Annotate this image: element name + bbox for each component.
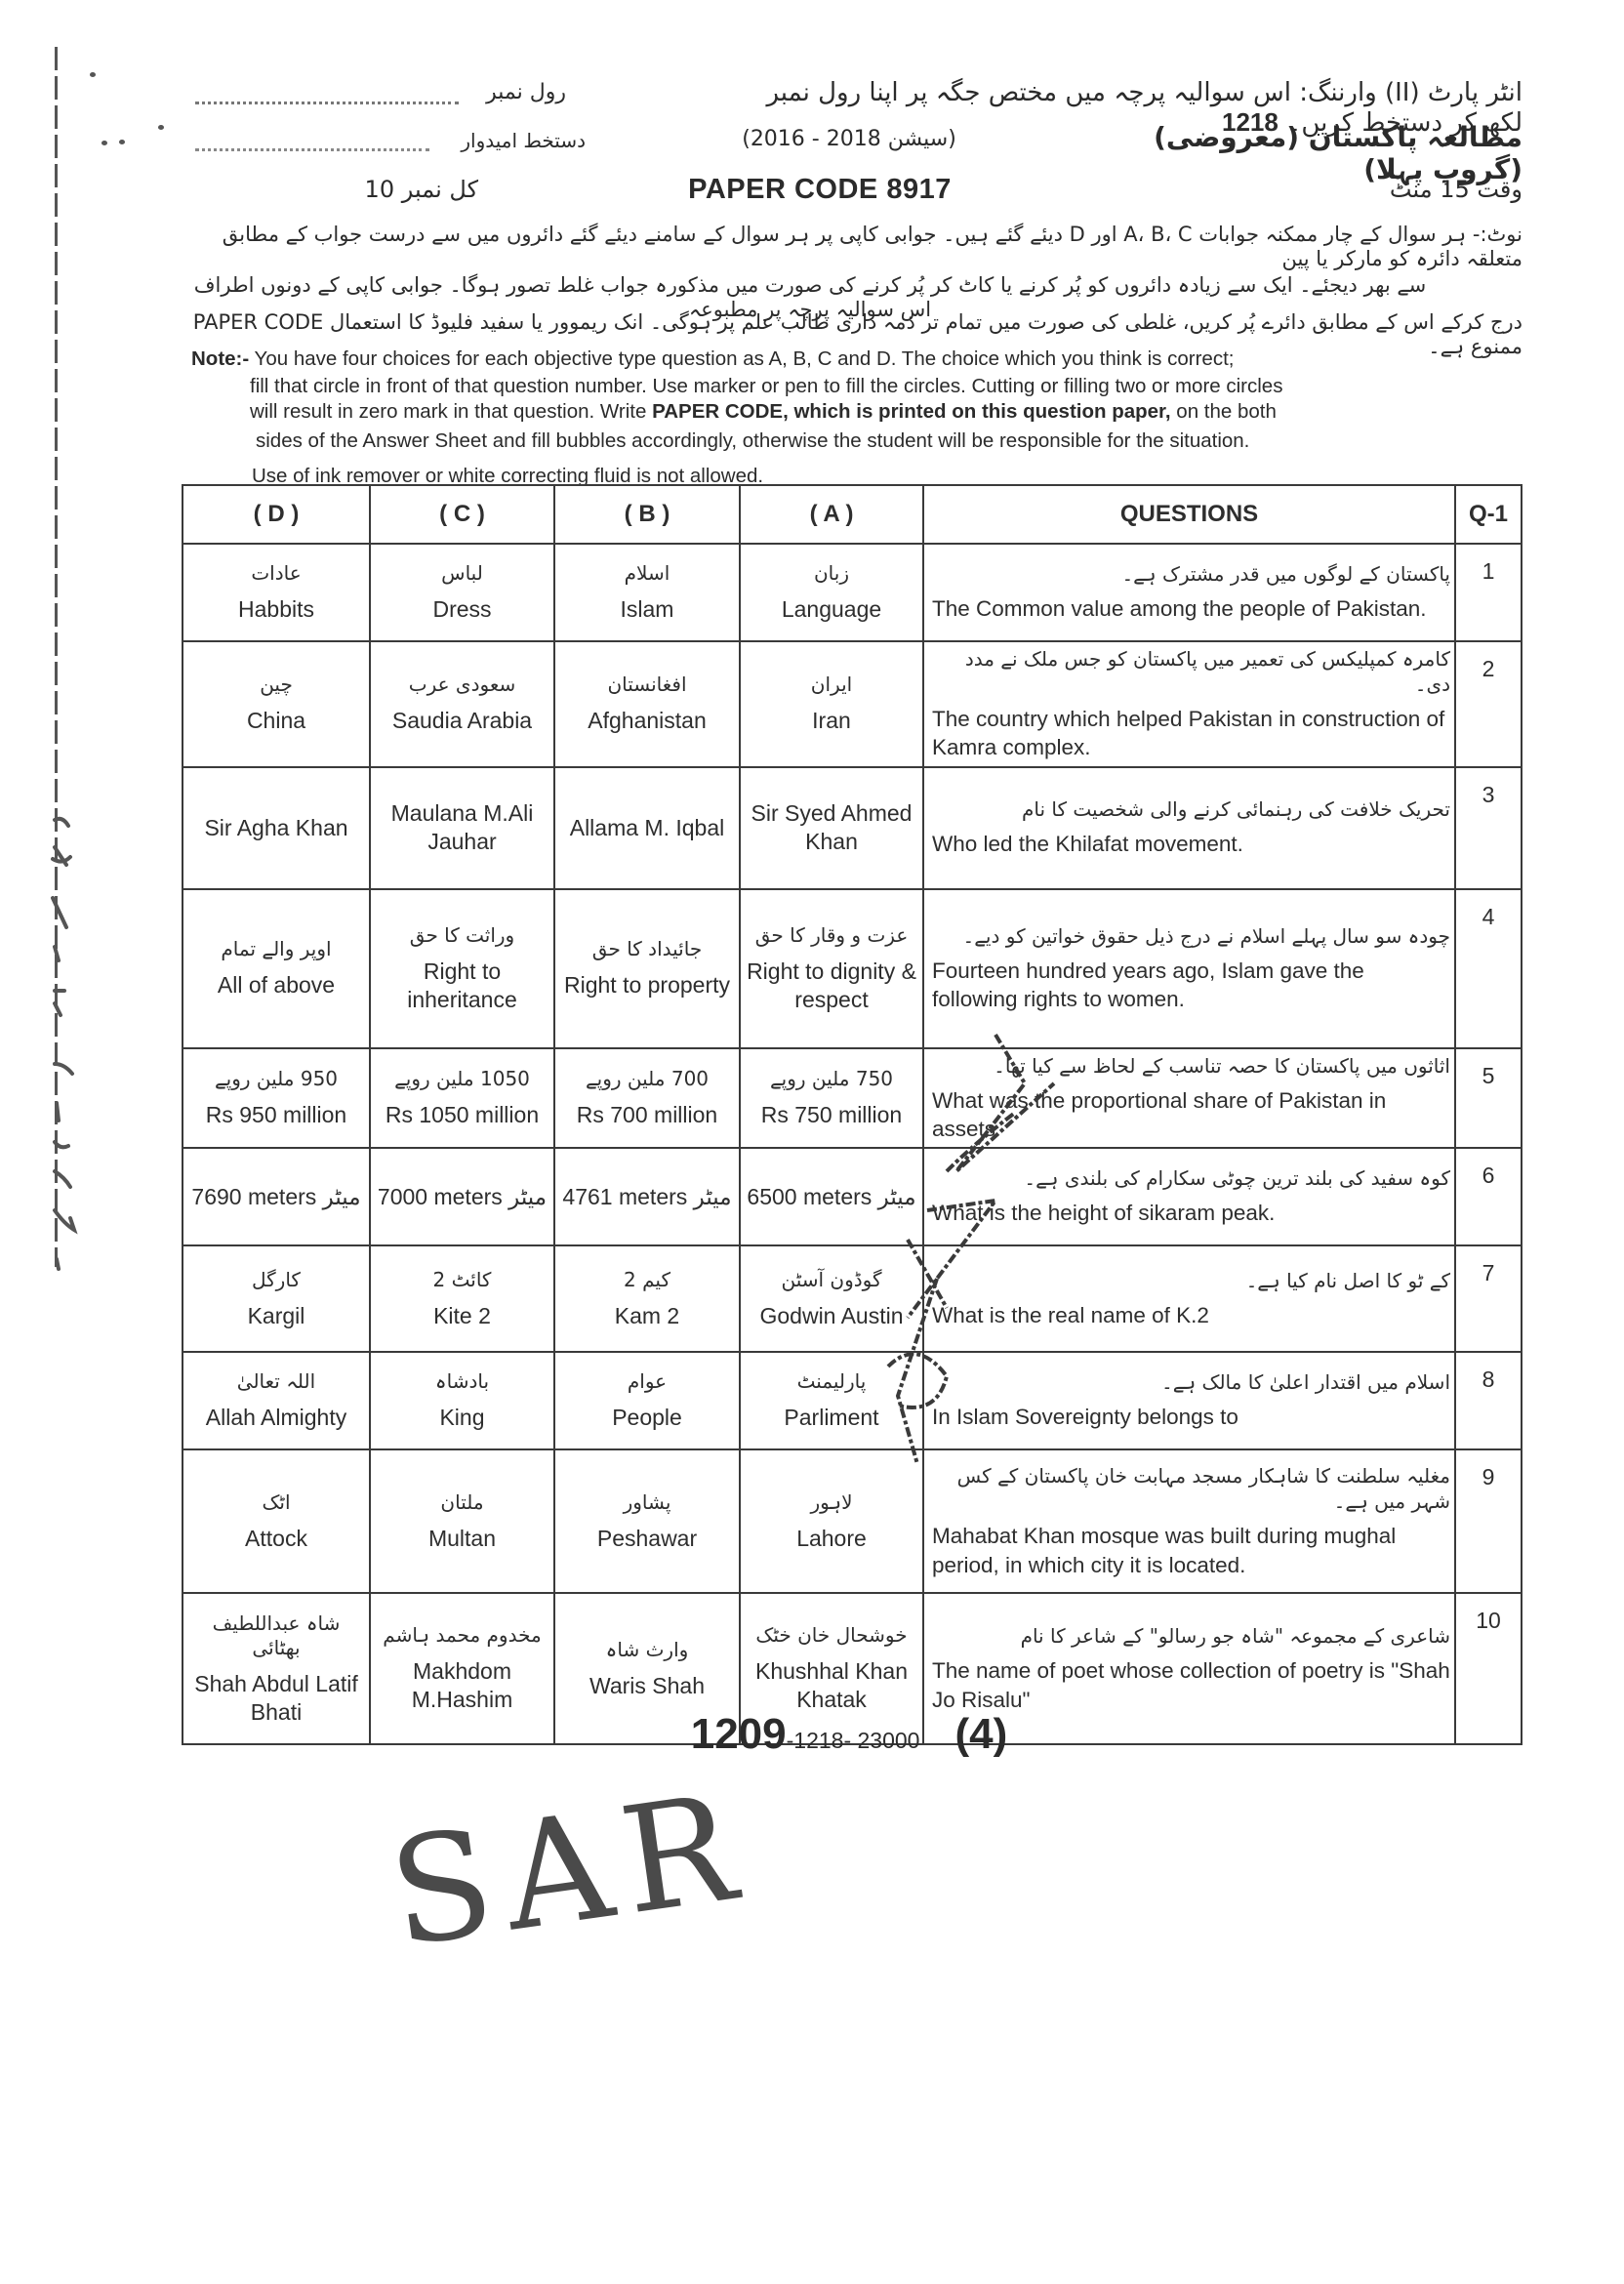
question-cell: تحریک خلافت کی رہنمائی کرنے والی شخصیت ک… xyxy=(923,767,1455,889)
question-cell: پاکستان کے لوگوں میں قدر مشترک ہے۔The Co… xyxy=(923,544,1455,641)
option-c-cell: مخدوم محمد ہاشمMakhdom M.Hashim xyxy=(370,1593,554,1744)
option-d-cell: اوپر والے تمامAll of above xyxy=(183,889,370,1048)
option-b-cell: پشاورPeshawar xyxy=(554,1449,740,1593)
instruction-text: You have four choices for each objective… xyxy=(255,347,1235,370)
option-english: Allah Almighty xyxy=(187,1404,365,1432)
option-urdu: 700 ملین روپے xyxy=(559,1067,735,1091)
question-number: 6 xyxy=(1455,1148,1522,1245)
option-urdu: وارث شاہ xyxy=(559,1638,735,1662)
option-english: Maulana M.Ali Jauhar xyxy=(375,799,549,856)
option-urdu: جائیداد کا حق xyxy=(559,937,735,961)
option-urdu: کارگل xyxy=(187,1268,365,1292)
option-c-cell: بادشاہKing xyxy=(370,1352,554,1449)
question-row: عاداتHabbitsلباسDressاسلامIslamزبانLangu… xyxy=(183,544,1522,641)
option-urdu: بادشاہ xyxy=(375,1369,549,1394)
question-urdu: شاعری کے مجموعہ "شاہ جو رسالو" کے شاعر ک… xyxy=(932,1623,1450,1649)
question-row: 950 ملین روپےRs 950 million1050 ملین روپ… xyxy=(183,1048,1522,1149)
option-urdu: عادات xyxy=(187,561,365,586)
question-english: Who led the Khilafat movement. xyxy=(932,830,1450,858)
option-english: Rs 1050 million xyxy=(375,1101,549,1129)
question-number: 10 xyxy=(1455,1593,1522,1744)
question-cell: اثاثوں میں پاکستان کا حصہ تناسب کے لحاظ … xyxy=(923,1048,1455,1149)
margin-handwriting xyxy=(47,781,86,1288)
instruction-english-line: will result in zero mark in that questio… xyxy=(250,400,1277,425)
option-c-cell: وراثت کا حقRight to inheritance xyxy=(370,889,554,1048)
option-english: Iran xyxy=(745,707,918,735)
option-b-cell: 4761 meters میٹر xyxy=(554,1148,740,1245)
option-b-cell: جائیداد کا حقRight to property xyxy=(554,889,740,1048)
question-urdu: مغلیہ سلطنت کا شاہکار مسجد مہابت خان پاک… xyxy=(932,1463,1450,1514)
option-b-cell: کیم 2Kam 2 xyxy=(554,1245,740,1352)
option-a-cell: Sir Syed Ahmed Khan xyxy=(740,767,923,889)
option-c-cell: لباسDress xyxy=(370,544,554,641)
option-english: Waris Shah xyxy=(559,1672,735,1700)
option-urdu: افغانستان xyxy=(559,673,735,697)
paper-code: PAPER CODE 8917 xyxy=(586,174,1054,206)
footer-print-code: 1209-1218- 23000(4) xyxy=(644,1710,1054,1759)
note-label: Note:- xyxy=(191,347,249,370)
option-d-cell: 950 ملین روپےRs 950 million xyxy=(183,1048,370,1149)
question-urdu: تحریک خلافت کی رہنمائی کرنے والی شخصیت ک… xyxy=(932,796,1450,822)
option-d-cell: اللہ تعالیٰAllah Almighty xyxy=(183,1352,370,1449)
instruction-english-line: Note:- You have four choices for each ob… xyxy=(191,347,1234,372)
question-number: 3 xyxy=(1455,767,1522,889)
option-english: 7000 meters میٹر xyxy=(375,1183,549,1211)
option-english: Kargil xyxy=(187,1302,365,1330)
option-english: People xyxy=(559,1404,735,1432)
question-urdu: اسلام میں اقتدار اعلیٰ کا مالک ہے۔ xyxy=(932,1369,1450,1395)
option-english: Right to dignity & respect xyxy=(745,958,918,1014)
option-english: Kam 2 xyxy=(559,1302,735,1330)
instruction-urdu-line: نوٹ:- ہر سوال کے چار ممکنہ جوابات A، B، … xyxy=(176,223,1522,271)
question-number: 7 xyxy=(1455,1245,1522,1352)
question-english: The Common value among the people of Pak… xyxy=(932,594,1450,623)
option-urdu: خوشحال خان خٹک xyxy=(745,1623,918,1648)
scan-speck xyxy=(90,72,96,77)
option-urdu: 750 ملین روپے xyxy=(745,1067,918,1091)
option-english: Attock xyxy=(187,1525,365,1553)
option-english: Sir Syed Ahmed Khan xyxy=(745,799,918,856)
option-english: 4761 meters میٹر xyxy=(559,1183,735,1211)
instruction-text-bold: PAPER CODE, which is printed on this que… xyxy=(652,400,1171,423)
question-row: اوپر والے تمامAll of aboveوراثت کا حقRig… xyxy=(183,889,1522,1048)
option-english: Makhdom M.Hashim xyxy=(375,1657,549,1714)
option-english: Shah Abdul Latif Bhati xyxy=(187,1670,365,1727)
header-option-c: ( C ) xyxy=(370,485,554,544)
option-urdu: مخدوم محمد ہاشم xyxy=(375,1623,549,1648)
question-urdu: کامرہ کمپلیکس کی تعمیر میں پاکستان کو جس… xyxy=(932,646,1450,697)
option-english: Rs 750 million xyxy=(745,1101,918,1129)
option-urdu: اسلام xyxy=(559,561,735,586)
option-a-cell: ایرانIran xyxy=(740,641,923,767)
option-english: Allama M. Iqbal xyxy=(559,814,735,842)
option-english: Dress xyxy=(375,595,549,624)
option-urdu: ملتان xyxy=(375,1490,549,1515)
question-number: 9 xyxy=(1455,1449,1522,1593)
option-urdu: ایران xyxy=(745,673,918,697)
option-d-cell: عاداتHabbits xyxy=(183,544,370,641)
candidate-signature-field[interactable] xyxy=(195,148,429,151)
option-english: Godwin Austin xyxy=(745,1302,918,1330)
instruction-english-line: sides of the Answer Sheet and fill bubbl… xyxy=(256,429,1249,454)
time-allowed: وقت 15 منٹ xyxy=(1347,176,1522,203)
option-b-cell: 700 ملین روپےRs 700 million xyxy=(554,1048,740,1149)
question-english: In Islam Sovereignty belongs to xyxy=(932,1403,1450,1431)
table-header-row: ( D ) ( C ) ( B ) ( A ) QUESTIONS Q-1 xyxy=(183,485,1522,544)
option-c-cell: 1050 ملین روپےRs 1050 million xyxy=(370,1048,554,1149)
option-english: Right to inheritance xyxy=(375,958,549,1014)
scan-speck xyxy=(101,141,107,145)
question-english: What is the real name of K.2 xyxy=(932,1301,1450,1329)
option-urdu: کیم 2 xyxy=(559,1268,735,1292)
option-english: Saudia Arabia xyxy=(375,707,549,735)
question-row: اللہ تعالیٰAllah AlmightyبادشاہKingعوامP… xyxy=(183,1352,1522,1449)
option-urdu: 1050 ملین روپے xyxy=(375,1067,549,1091)
option-english: Afghanistan xyxy=(559,707,735,735)
option-urdu: وراثت کا حق xyxy=(375,923,549,948)
option-english: Rs 700 million xyxy=(559,1101,735,1129)
header-option-d: ( D ) xyxy=(183,485,370,544)
instruction-text: on the both xyxy=(1171,400,1277,423)
option-a-cell: 6500 meters میٹر xyxy=(740,1148,923,1245)
option-c-cell: سعودی عربSaudia Arabia xyxy=(370,641,554,767)
total-marks: کل نمبر 10 xyxy=(322,176,478,203)
handwritten-annotation: SAR xyxy=(381,1762,758,1979)
option-english: Sir Agha Khan xyxy=(187,814,365,842)
option-urdu: گوڈون آسٹن xyxy=(745,1268,918,1292)
option-b-cell: Allama M. Iqbal xyxy=(554,767,740,889)
option-a-cell: پارلیمنٹParliment xyxy=(740,1352,923,1449)
question-urdu: کوہ سفید کی بلند ترین چوٹی سکارام کی بلن… xyxy=(932,1165,1450,1191)
question-row: کارگلKargilکائٹ 2Kite 2کیم 2Kam 2گوڈون آ… xyxy=(183,1245,1522,1352)
option-urdu: لاہور xyxy=(745,1490,918,1515)
option-english: Right to property xyxy=(559,971,735,999)
question-cell: اسلام میں اقتدار اعلیٰ کا مالک ہے۔In Isl… xyxy=(923,1352,1455,1449)
question-cell: کامرہ کمپلیکس کی تعمیر میں پاکستان کو جس… xyxy=(923,641,1455,767)
option-c-cell: Maulana M.Ali Jauhar xyxy=(370,767,554,889)
option-urdu: پشاور xyxy=(559,1490,735,1515)
question-urdu: پاکستان کے لوگوں میں قدر مشترک ہے۔ xyxy=(932,561,1450,587)
header-option-a: ( A ) xyxy=(740,485,923,544)
question-row: 7690 meters میٹر7000 meters میٹر4761 met… xyxy=(183,1148,1522,1245)
question-english: Fourteen hundred years ago, Islam gave t… xyxy=(932,957,1450,1014)
option-a-cell: عزت و وقار کا حقRight to dignity & respe… xyxy=(740,889,923,1048)
option-english: Kite 2 xyxy=(375,1302,549,1330)
question-english: What is the height of sikaram peak. xyxy=(932,1199,1450,1227)
option-c-cell: کائٹ 2Kite 2 xyxy=(370,1245,554,1352)
option-english: Habbits xyxy=(187,595,365,624)
option-urdu: پارلیمنٹ xyxy=(745,1369,918,1394)
option-english: Language xyxy=(745,595,918,624)
question-number: 8 xyxy=(1455,1352,1522,1449)
question-urdu: کے ٹو کا اصل نام کیا ہے۔ xyxy=(932,1268,1450,1293)
option-b-cell: افغانستانAfghanistan xyxy=(554,641,740,767)
scan-speck xyxy=(119,140,125,144)
option-english: 6500 meters میٹر xyxy=(745,1183,918,1211)
option-urdu: چین xyxy=(187,673,365,697)
option-d-cell: شاہ عبداللطیف بھٹائیShah Abdul Latif Bha… xyxy=(183,1593,370,1744)
instruction-english-line: fill that circle in front of that questi… xyxy=(250,375,1282,399)
option-english: Parliment xyxy=(745,1404,918,1432)
option-english: Multan xyxy=(375,1525,549,1553)
question-english: Mahabat Khan mosque was built during mug… xyxy=(932,1522,1450,1579)
option-urdu: اٹک xyxy=(187,1490,365,1515)
question-english: The country which helped Pakistan in con… xyxy=(932,705,1450,762)
option-urdu: شاہ عبداللطیف بھٹائی xyxy=(187,1611,365,1660)
candidate-signature-label: دستخط امیدوار xyxy=(429,129,586,152)
header-option-b: ( B ) xyxy=(554,485,740,544)
option-urdu: کائٹ 2 xyxy=(375,1268,549,1292)
option-urdu: 950 ملین روپے xyxy=(187,1067,365,1091)
question-number: 5 xyxy=(1455,1048,1522,1149)
option-c-cell: ملتانMultan xyxy=(370,1449,554,1593)
question-row: چینChinaسعودی عربSaudia ArabiaافغانستانA… xyxy=(183,641,1522,767)
session-label: (سیشن 2018 - 2016) xyxy=(683,127,1015,151)
option-c-cell: 7000 meters میٹر xyxy=(370,1148,554,1245)
option-b-cell: اسلامIslam xyxy=(554,544,740,641)
option-english: King xyxy=(375,1404,549,1432)
instruction-text: will result in zero mark in that questio… xyxy=(250,400,652,423)
question-number: 1 xyxy=(1455,544,1522,641)
footer-code-main: 1209 xyxy=(691,1710,787,1758)
question-urdu: اثاثوں میں پاکستان کا حصہ تناسب کے لحاظ … xyxy=(932,1053,1450,1079)
option-english: Lahore xyxy=(745,1525,918,1553)
option-english: China xyxy=(187,707,365,735)
option-urdu: اوپر والے تمام xyxy=(187,937,365,961)
question-english: What was the proportional share of Pakis… xyxy=(932,1086,1450,1144)
option-b-cell: عوامPeople xyxy=(554,1352,740,1449)
option-d-cell: 7690 meters میٹر xyxy=(183,1148,370,1245)
option-urdu: زبان xyxy=(745,561,918,586)
question-cell: کوہ سفید کی بلند ترین چوٹی سکارام کی بلن… xyxy=(923,1148,1455,1245)
header-questions: QUESTIONS xyxy=(923,485,1455,544)
footer-code-suffix: -1218- 23000 xyxy=(787,1728,920,1753)
option-english: Islam xyxy=(559,595,735,624)
question-number: 2 xyxy=(1455,641,1522,767)
question-english: The name of poet whose collection of poe… xyxy=(932,1656,1450,1714)
option-urdu: سعودی عرب xyxy=(375,673,549,697)
option-d-cell: Sir Agha Khan xyxy=(183,767,370,889)
roll-number-field[interactable] xyxy=(195,102,459,104)
option-d-cell: کارگلKargil xyxy=(183,1245,370,1352)
option-urdu: لباس xyxy=(375,561,549,586)
option-english: 7690 meters میٹر xyxy=(187,1183,365,1211)
mcq-table: ( D ) ( C ) ( B ) ( A ) QUESTIONS Q-1 عا… xyxy=(182,484,1522,1745)
option-d-cell: چینChina xyxy=(183,641,370,767)
option-english: Khushhal Khan Khatak xyxy=(745,1657,918,1714)
question-cell: کے ٹو کا اصل نام کیا ہے۔What is the real… xyxy=(923,1245,1455,1352)
scan-speck xyxy=(158,125,164,130)
page-number: (4) xyxy=(954,1710,1007,1758)
option-english: Peshawar xyxy=(559,1525,735,1553)
option-a-cell: گوڈون آسٹنGodwin Austin xyxy=(740,1245,923,1352)
option-a-cell: لاہورLahore xyxy=(740,1449,923,1593)
header-question-number: Q-1 xyxy=(1455,485,1522,544)
question-cell: چودہ سو سال پہلے اسلام نے درج ذیل حقوق خ… xyxy=(923,889,1455,1048)
option-urdu: عوام xyxy=(559,1369,735,1394)
question-row: Sir Agha KhanMaulana M.Ali JauharAllama … xyxy=(183,767,1522,889)
option-a-cell: زبانLanguage xyxy=(740,544,923,641)
option-urdu: اللہ تعالیٰ xyxy=(187,1369,365,1394)
option-english: Rs 950 million xyxy=(187,1101,365,1129)
question-cell: مغلیہ سلطنت کا شاہکار مسجد مہابت خان پاک… xyxy=(923,1449,1455,1593)
question-number: 4 xyxy=(1455,889,1522,1048)
option-urdu: عزت و وقار کا حق xyxy=(745,923,918,948)
option-english: All of above xyxy=(187,971,365,999)
option-a-cell: 750 ملین روپےRs 750 million xyxy=(740,1048,923,1149)
question-row: اٹکAttockملتانMultanپشاورPeshawarلاہورLa… xyxy=(183,1449,1522,1593)
option-d-cell: اٹکAttock xyxy=(183,1449,370,1593)
question-urdu: چودہ سو سال پہلے اسلام نے درج ذیل حقوق خ… xyxy=(932,923,1450,949)
